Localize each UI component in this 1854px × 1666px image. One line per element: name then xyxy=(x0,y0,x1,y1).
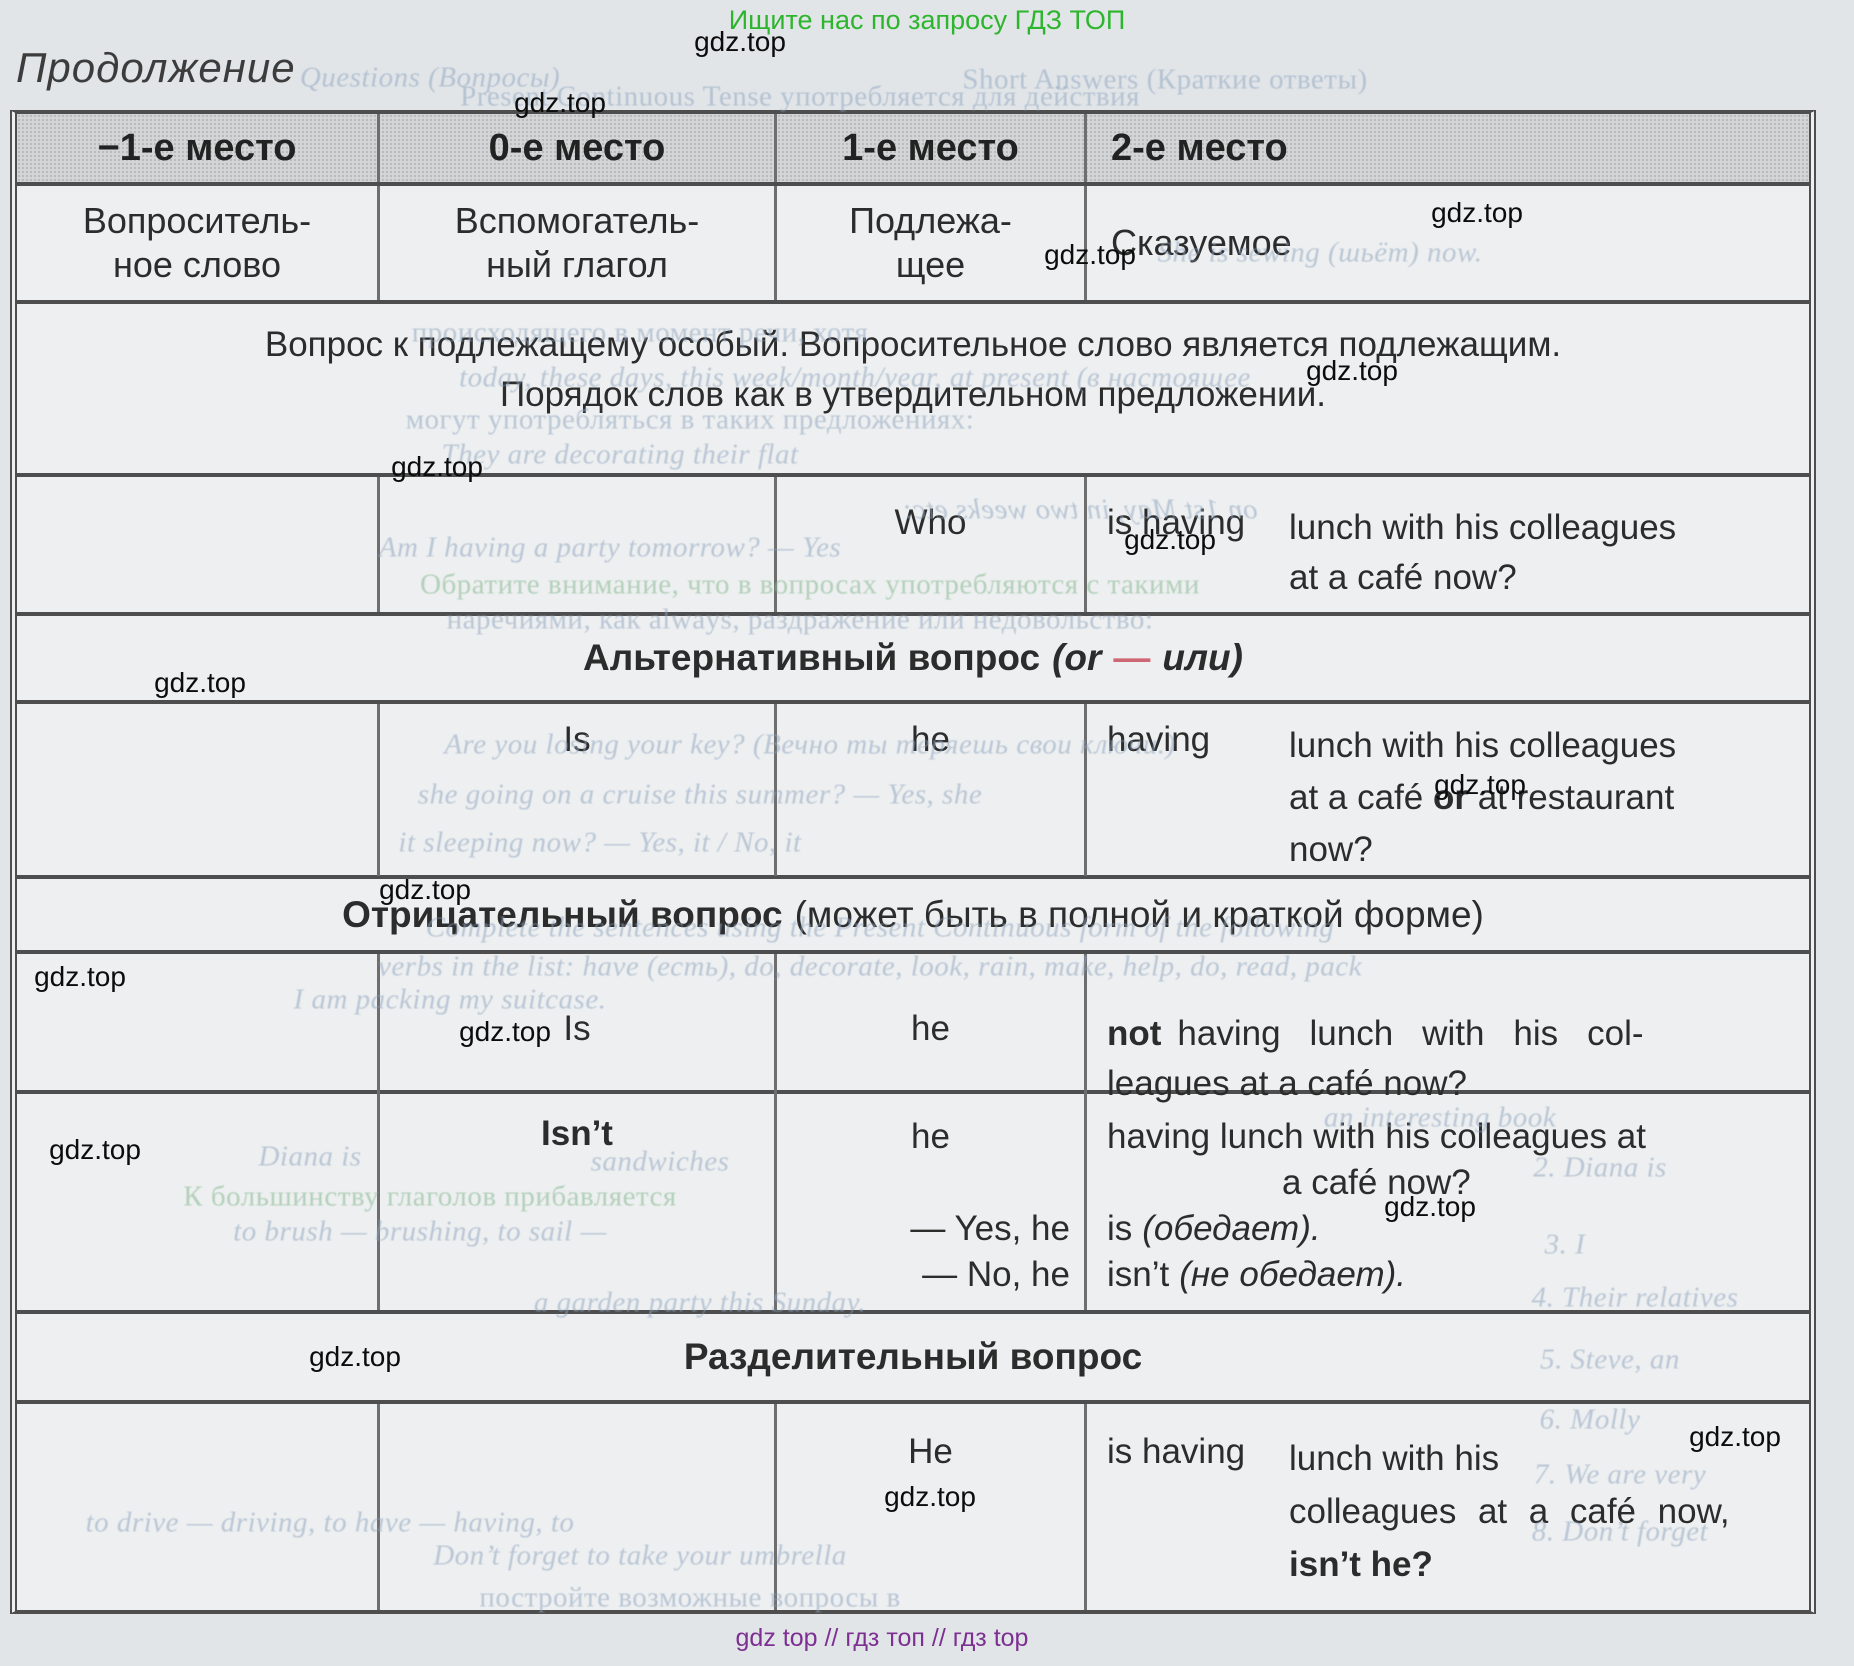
ili-word: или) xyxy=(1162,637,1243,679)
role-line: Вопроситель- xyxy=(17,199,377,243)
complement-block: lunch with his colleagues at a café now,… xyxy=(1289,1432,1730,1591)
no-translation: (не обедает). xyxy=(1179,1255,1406,1294)
bleedthrough-text: a garden party this Sunday. xyxy=(534,1287,866,1320)
bleedthrough-text: постройте возможные вопросы в xyxy=(479,1582,900,1615)
bleedthrough-text: Complete the sentences using the Present… xyxy=(426,912,1335,945)
gdz-watermark: gdz.top xyxy=(1124,524,1216,556)
promo-text: Ищите нас по запросу ГДЗ ТОП xyxy=(0,5,1854,36)
bleedthrough-text: on 1st May, in two weeks etc: xyxy=(902,494,1257,527)
gdz-watermark: gdz.top xyxy=(459,1016,551,1048)
role-line: Вспомогатель- xyxy=(380,199,774,243)
header-cell-1: 1-е место xyxy=(777,114,1087,182)
dash-mark: — xyxy=(1113,637,1150,679)
bleedthrough-text: Don’t forget to take your umbrella xyxy=(433,1540,847,1573)
bleedthrough-text: to brush — brushing, to sail — xyxy=(233,1216,607,1249)
footer-watermark: gdz top // гдз топ // гдз top xyxy=(0,1624,1809,1653)
bleedthrough-text: Are you losing your key? (Вечно ты теряе… xyxy=(444,729,1175,762)
gdz-watermark: gdz.top xyxy=(1384,1191,1476,1223)
role-line: ное слово xyxy=(17,243,377,287)
gdz-watermark: gdz.top xyxy=(309,1341,401,1373)
bleedthrough-text: I am packing my suitcase. xyxy=(294,984,607,1017)
verb-phrase: is having xyxy=(1107,1432,1289,1472)
complement-block: lunch with his colleagues at a café now? xyxy=(1289,503,1676,603)
bleedthrough-text: наречиями, как always, раздражение или н… xyxy=(447,604,1154,637)
bleedthrough-text: today, these days, this week/month/year,… xyxy=(459,362,1251,395)
header-cell-0: 0-е место xyxy=(380,114,777,182)
gdz-watermark: gdz.top xyxy=(1044,239,1136,271)
short-subject-cell: he — Yes, he — No, he xyxy=(777,1094,1087,1310)
empty-cell xyxy=(17,704,380,876)
bleedthrough-text: 6. Molly xyxy=(1540,1404,1641,1437)
header-cell-2: 2-е место xyxy=(1087,114,1809,182)
bleedthrough-text: происходящего в момент речи, хотя xyxy=(412,317,869,350)
gdz-watermark: gdz.top xyxy=(1306,355,1398,387)
bleedthrough-text: an interesting book xyxy=(1324,1102,1556,1135)
role-line: Подлежа- xyxy=(777,199,1084,243)
gdz-watermark: gdz.top xyxy=(379,874,471,906)
gdz-watermark: gdz.top xyxy=(1434,769,1526,801)
gdz-watermark: gdz.top xyxy=(1689,1421,1781,1453)
bleedthrough-text: Обратите внимание, что в вопросах употре… xyxy=(420,569,1200,602)
grammar-table: −1-е место 0-е место 1-е место 2-е место… xyxy=(10,110,1816,1614)
gdz-watermark: gdz.top xyxy=(391,451,483,483)
bleedthrough-text: 3. I xyxy=(1545,1229,1586,1262)
section-title-text: Альтернативный вопрос xyxy=(583,637,1040,679)
bleedthrough-text: Am I having a party tomorrow? — Yes xyxy=(379,532,841,565)
bleedthrough-text: sandwiches xyxy=(591,1146,730,1179)
role-labels-row: Вопроситель- ное слово Вспомогатель- ный… xyxy=(17,186,1809,304)
bleedthrough-text: К большинству глаголов прибавляется xyxy=(183,1181,676,1214)
yes-translation: (обедает). xyxy=(1142,1209,1320,1248)
bleedthrough-text: verbs in the list: have (есть), do, deco… xyxy=(378,951,1362,984)
subject-word: He xyxy=(908,1432,953,1610)
subject-word: he xyxy=(777,1114,1084,1160)
bleedthrough-text: she going on a cruise this summer? — Yes… xyxy=(418,779,982,812)
empty-cell xyxy=(17,477,380,612)
bleedthrough-text: She is sewing (шьёт) now. xyxy=(1158,237,1483,270)
header-cell-minus1: −1-е место xyxy=(17,114,380,182)
bleedthrough-text: Diana is xyxy=(258,1141,361,1174)
bleedthrough-text: They are decorating their flat xyxy=(441,439,798,472)
yes-prompt: — Yes, he xyxy=(777,1206,1084,1252)
gdz-watermark: gdz.top xyxy=(1431,197,1523,229)
role-cell-subject: Подлежа- щее xyxy=(777,186,1087,300)
scanned-textbook-page: Ищите нас по запросу ГДЗ ТОП Продолжение… xyxy=(0,0,1854,1666)
not-bold: not xyxy=(1107,1014,1161,1053)
bleedthrough-text: to drive — driving, to have — having, to xyxy=(86,1507,575,1540)
role-line: ный глагол xyxy=(380,243,774,287)
role-line: щее xyxy=(777,243,1084,287)
gdz-watermark: gdz.top xyxy=(34,961,126,993)
section-title-text: Разделительный вопрос xyxy=(684,1336,1142,1378)
bleedthrough-text: могут употребляться в таких предложениях… xyxy=(406,404,975,437)
positions-header-row: −1-е место 0-е место 1-е место 2-е место xyxy=(17,114,1809,186)
bleedthrough-text: 2. Diana is xyxy=(1533,1152,1667,1185)
continuation-label: Продолжение xyxy=(16,44,296,92)
gdz-watermark: gdz.top xyxy=(884,1481,976,1513)
bleedthrough-text: 4. Their relatives xyxy=(1532,1282,1739,1315)
or-word: (or xyxy=(1052,637,1101,679)
bleedthrough-text: 8. Don’t forget xyxy=(1532,1516,1708,1549)
role-cell-auxiliary: Вспомогатель- ный глагол xyxy=(380,186,777,300)
gdz-watermark: gdz.top xyxy=(154,667,246,699)
gdz-watermark: gdz.top xyxy=(514,87,606,119)
neg-line-1: nothaving lunch with his col- xyxy=(1107,1009,1809,1059)
bleedthrough-text: it sleeping now? — Yes, it / No, it xyxy=(398,827,801,860)
bleedthrough-text: 5. Steve, an xyxy=(1540,1344,1680,1377)
bleedthrough-text: 7. We are very xyxy=(1534,1459,1706,1492)
gdz-watermark: gdz.top xyxy=(49,1134,141,1166)
role-cell-question-word: Вопроситель- ное слово xyxy=(17,186,380,300)
